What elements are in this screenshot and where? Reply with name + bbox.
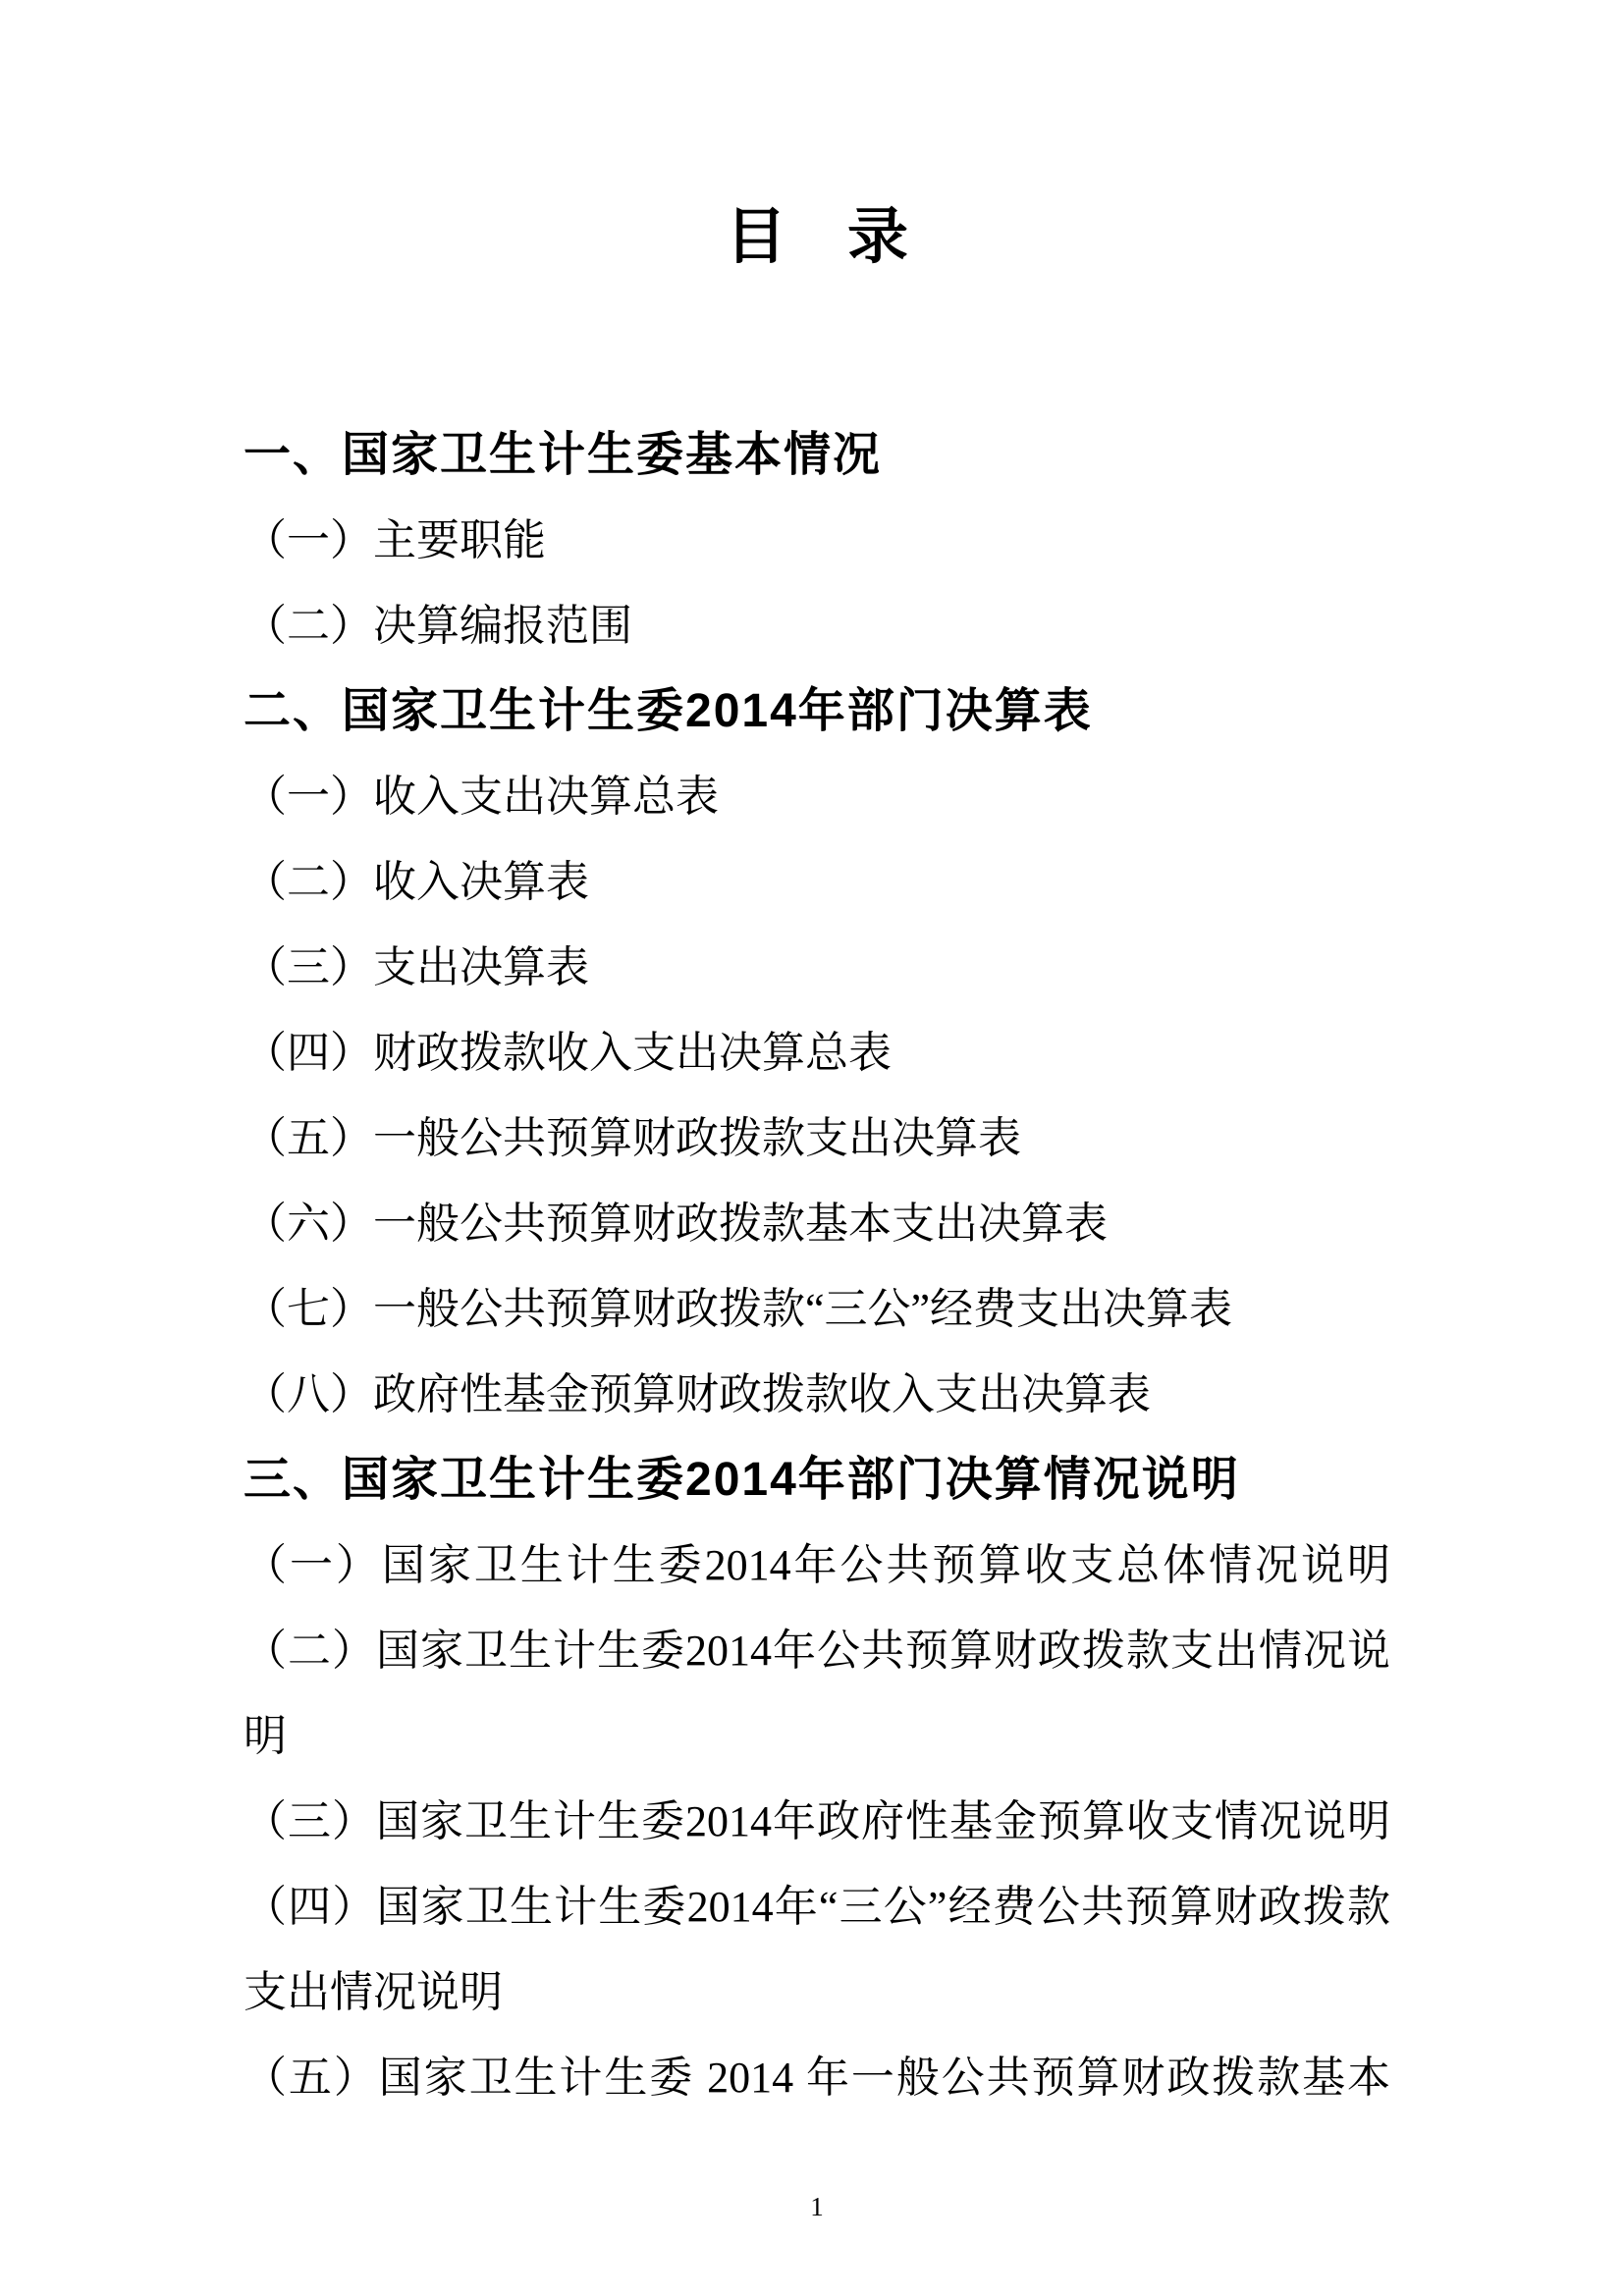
toc-item: （四）国家卫生计生委2014年“三公”经费公共预算财政拨款 [244, 1864, 1390, 1949]
toc-item: （五）国家卫生计生委 2014 年一般公共预算财政拨款基本 [244, 2035, 1390, 2120]
toc-item: （二）收入决算表 [244, 839, 1390, 925]
toc-item: （二）决算编报范围 [244, 583, 1390, 668]
document-page: 目 录 一、国家卫生计生委基本情况 （一）主要职能 （二）决算编报范围 二、国家… [0, 0, 1624, 2296]
toc-section-3-heading: 三、国家卫生计生委2014年部门决算情况说明 [244, 1437, 1390, 1522]
toc-item: （四）财政拨款收入支出决算总表 [244, 1010, 1390, 1095]
toc-item: （二）国家卫生计生委2014年公共预算财政拨款支出情况说明 [244, 1608, 1390, 1779]
toc-item: （六）一般公共预算财政拨款基本支出决算表 [244, 1181, 1390, 1266]
toc-item: （一）国家卫生计生委2014年公共预算收支总体情况说明 [244, 1522, 1390, 1608]
toc-item: （三）支出决算表 [244, 925, 1390, 1010]
toc-item: （一）主要职能 [244, 498, 1390, 583]
toc-item-continuation: 支出情况说明 [244, 1949, 1390, 2035]
page-title: 目 录 [244, 0, 1390, 275]
toc-section-1-heading: 一、国家卫生计生委基本情况 [244, 412, 1390, 498]
toc-item: （七）一般公共预算财政拨款“三公”经费支出决算表 [244, 1266, 1390, 1352]
toc-section-2-heading: 二、国家卫生计生委2014年部门决算表 [244, 668, 1390, 754]
toc-item: （一）收入支出决算总表 [244, 754, 1390, 839]
toc-item: （三）国家卫生计生委2014年政府性基金预算收支情况说明 [244, 1779, 1390, 1864]
table-of-contents: 一、国家卫生计生委基本情况 （一）主要职能 （二）决算编报范围 二、国家卫生计生… [244, 412, 1390, 2120]
toc-item: （八）政府性基金预算财政拨款收入支出决算表 [244, 1352, 1390, 1437]
page-content: 目 录 一、国家卫生计生委基本情况 （一）主要职能 （二）决算编报范围 二、国家… [0, 0, 1624, 2226]
page-number: 1 [244, 2187, 1390, 2226]
toc-item: （五）一般公共预算财政拨款支出决算表 [244, 1095, 1390, 1181]
